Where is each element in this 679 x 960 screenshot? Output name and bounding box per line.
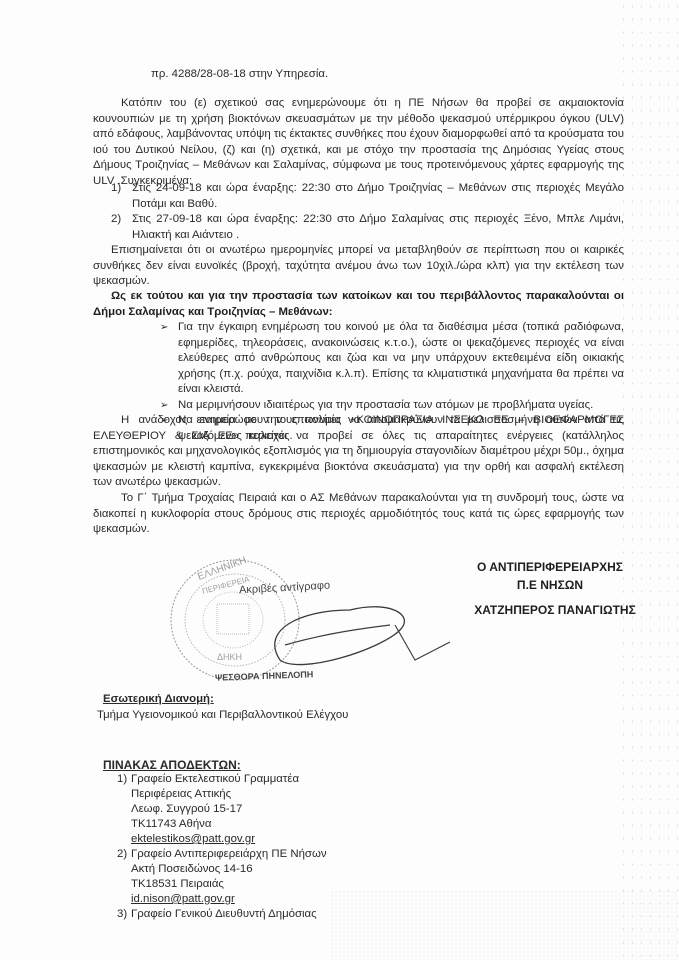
- request-text: Να μεριμνήσουν ιδιαιτέρως για την προστα…: [178, 399, 593, 411]
- reference-line: πρ. 4288/28-08-18 στην Υπηρεσία.: [151, 68, 328, 80]
- request-item: ➢ Για την έγκαιρη ενημέρωση του κοινού μ…: [158, 320, 624, 398]
- schedule-list: 1) Στις 24-09-18 και ώρα έναρξης: 22:30 …: [111, 181, 624, 243]
- contractor-text: Η ανάδοχος εταιρεία με την επωνυμία «ΚΟΙ…: [93, 414, 624, 488]
- recipient-line: Γραφείο Αντιπεριφερειάρχη ΠΕ Νήσων: [131, 847, 327, 862]
- recipient-line: Γραφείο Γενικού Διευθυντή Δημόσιας: [131, 907, 327, 922]
- recipient-number: 3): [117, 907, 127, 922]
- schedule-item: 2) Στις 27-09-18 και ώρα έναρξης: 22:30 …: [111, 212, 624, 243]
- signatory-name: ΧΑΤΖΗΠΕΡΟΣ ΠΑΝΑΓΙΩΤΗΣ: [420, 601, 679, 619]
- recipient-email-link[interactable]: id.nison@patt.gov.gr: [131, 892, 327, 907]
- document-page: πρ. 4288/28-08-18 στην Υπηρεσία. Κατόπιν…: [0, 0, 679, 960]
- recipient-item: 1) Γραφείο Εκτελεστικού Γραμματέα Περιφέ…: [117, 772, 327, 847]
- note-paragraph: Επισημαίνεται ότι οι ανωτέρω ημερομηνίες…: [93, 243, 624, 290]
- recipient-line: Περιφέρειας Αττικής: [131, 787, 327, 802]
- schedule-number: 2): [111, 212, 121, 228]
- internal-distribution-body: Τμήμα Υγειονομικού και Περιβαλλοντικού Ε…: [97, 709, 348, 721]
- recipient-line: ΤΚ18531 Πειραιάς: [131, 877, 327, 892]
- recipient-line: Γραφείο Εκτελεστικού Γραμματέα: [131, 772, 327, 787]
- recipient-number: 1): [117, 772, 127, 787]
- contractor-paragraph: Η ανάδοχος εταιρεία με την επωνυμία «ΚΟΙ…: [93, 413, 624, 491]
- recipient-item: 2) Γραφείο Αντιπεριφερειάρχη ΠΕ Νήσων Ακ…: [117, 847, 327, 907]
- recipients-title: ΠΙΝΑΚΑΣ ΑΠΟΔΕΚΤΩΝ:: [103, 758, 241, 772]
- internal-distribution-title: Εσωτερική Διανομή:: [103, 693, 214, 705]
- signatory-title-line1: Ο ΑΝΤΙΠΕΡΙΦΕΡΕΙΑΡΧΗΣ: [450, 558, 650, 576]
- recipient-email-link[interactable]: ektelestikos@patt.gov.gr: [131, 832, 327, 847]
- recipient-number: 2): [117, 847, 127, 862]
- recipient-line: Λεωφ. Συγγρού 15-17: [131, 802, 327, 817]
- schedule-item: 1) Στις 24-09-18 και ώρα έναρξης: 22:30 …: [111, 181, 624, 212]
- arrow-bullet-icon: ➢: [160, 398, 168, 414]
- recipient-line: Ακτή Ποσειδώνος 14-16: [131, 862, 327, 877]
- request-heading-text: Ως εκ τούτου και για την προστασία των κ…: [93, 290, 624, 318]
- note-text: Επισημαίνεται ότι οι ανωτέρω ημερομηνίες…: [93, 244, 624, 287]
- recipient-item: 3) Γραφείο Γενικού Διευθυντή Δημόσιας: [117, 907, 327, 922]
- request-text: Για την έγκαιρη ενημέρωση του κοινού με …: [178, 321, 624, 395]
- arrow-bullet-icon: ➢: [160, 320, 168, 336]
- traffic-paragraph: Το Γ΄ Τμήμα Τροχαίας Πειραιά και ο ΑΣ Με…: [93, 491, 624, 538]
- signatory-title: Ο ΑΝΤΙΠΕΡΙΦΕΡΕΙΑΡΧΗΣ Π.Ε ΝΗΣΩΝ: [450, 558, 650, 594]
- svg-text:ΔΗΚΗ: ΔΗΚΗ: [217, 652, 242, 662]
- recipients-list: 1) Γραφείο Εκτελεστικού Γραμματέα Περιφέ…: [117, 772, 327, 922]
- signatory-title-line2: Π.Ε ΝΗΣΩΝ: [450, 576, 650, 594]
- scan-noise-bottom: [330, 890, 679, 960]
- intro-paragraph: Κατόπιν του (ε) σχετικού σας ενημερώνουμ…: [93, 96, 624, 189]
- recipient-line: ΤΚ11743 Αθήνα: [131, 817, 327, 832]
- traffic-text: Το Γ΄ Τμήμα Τροχαίας Πειραιά και ο ΑΣ Με…: [93, 492, 624, 535]
- request-item: ➢ Να μεριμνήσουν ιδιαιτέρως για την προσ…: [158, 398, 624, 414]
- schedule-text: Στις 24-09-18 και ώρα έναρξης: 22:30 στο…: [132, 182, 624, 210]
- request-heading: Ως εκ τούτου και για την προστασία των κ…: [93, 289, 624, 320]
- scan-noise: [619, 0, 679, 960]
- schedule-text: Στις 27-09-18 και ώρα έναρξης: 22:30 στο…: [132, 213, 624, 241]
- schedule-number: 1): [111, 181, 121, 197]
- intro-text: Κατόπιν του (ε) σχετικού σας ενημερώνουμ…: [93, 97, 624, 187]
